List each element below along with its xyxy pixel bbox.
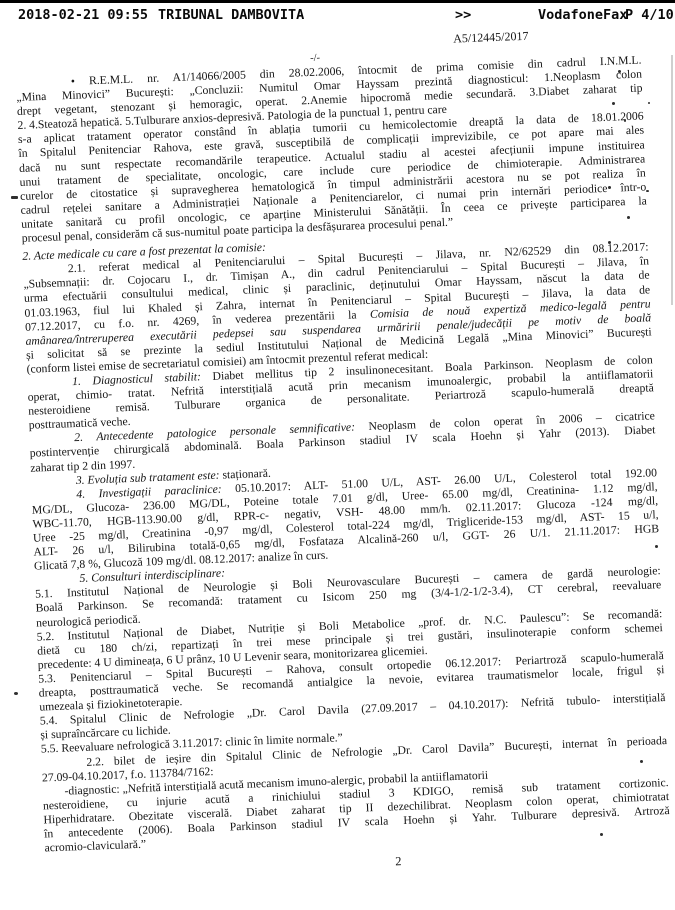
fax-sender: TRIBUNAL DAMBOVITA [158,7,304,23]
fax-noise-speck [14,692,18,695]
fax-noise-speck [646,190,649,192]
fax-top-border [0,0,675,3]
fax-direction-arrows-icon: >> [455,7,471,23]
fax-noise-speck [648,102,650,104]
fax-noise-speck [612,102,615,105]
fax-noise-speck [640,760,643,763]
fax-page-indicator: P 4/10 [625,7,674,23]
document-text: acromio-claviculară.” [44,838,146,855]
fax-service: VodafoneFax [538,7,627,23]
fax-noise-speck [627,216,630,219]
fax-noise-speck [608,241,611,244]
scanned-document: A5/12445/2017 -/- • R.E.M.L. nr. A1/1406… [15,25,672,882]
scan-edge-shadow [671,55,673,305]
document-lines: • R.E.M.L. nr. A1/14066/2005 din 28.02.2… [16,54,671,856]
fax-noise-speck [11,196,18,199]
fax-datetime: 2018-02-21 09:55 [18,7,148,23]
fax-noise-speck [655,545,658,548]
fax-header: 2018-02-21 09:55 TRIBUNAL DAMBOVITA >> V… [0,7,675,25]
fax-noise-speck [600,833,603,836]
fax-page: { "fax_header": { "datetime": "2018-02-2… [0,0,675,910]
fax-noise-speck [608,186,611,189]
fax-noise-speck [618,70,621,73]
fax-noise-speck [624,119,626,122]
document-text: staționară. [222,466,271,481]
